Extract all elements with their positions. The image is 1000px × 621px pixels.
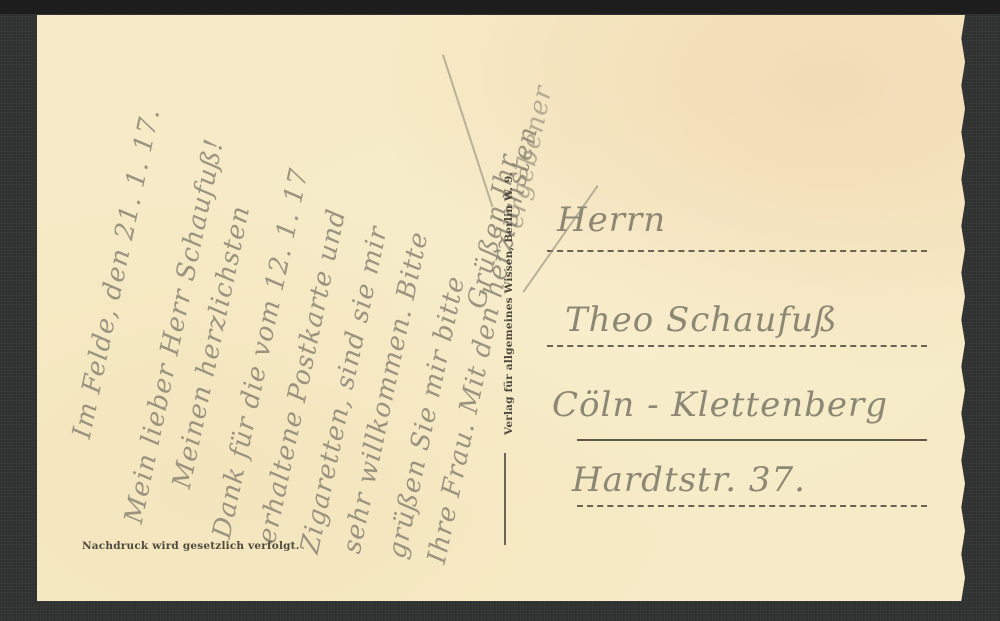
- address-line-4: [577, 505, 927, 507]
- pencil-stroke: [442, 54, 493, 207]
- address-street: Hardtstr. 37.: [572, 460, 806, 500]
- address-name: Theo Schaufuß: [565, 300, 838, 340]
- scan-top-edge: [0, 0, 1000, 14]
- center-divider-line: [504, 453, 506, 545]
- publisher-imprint: Verlag für allgemeines Wissen, Berlin W.…: [503, 172, 515, 435]
- reprint-notice: Nachdruck wird gesetzlich verfolgt.: [82, 540, 300, 552]
- address-line-2: [547, 345, 927, 347]
- address-line-3: [577, 439, 927, 441]
- address-line-1: [547, 250, 927, 252]
- postcard: Im Felde, den 21. 1. 17. Mein lieber Her…: [37, 15, 965, 601]
- address-city: Cöln - Klettenberg: [552, 385, 888, 425]
